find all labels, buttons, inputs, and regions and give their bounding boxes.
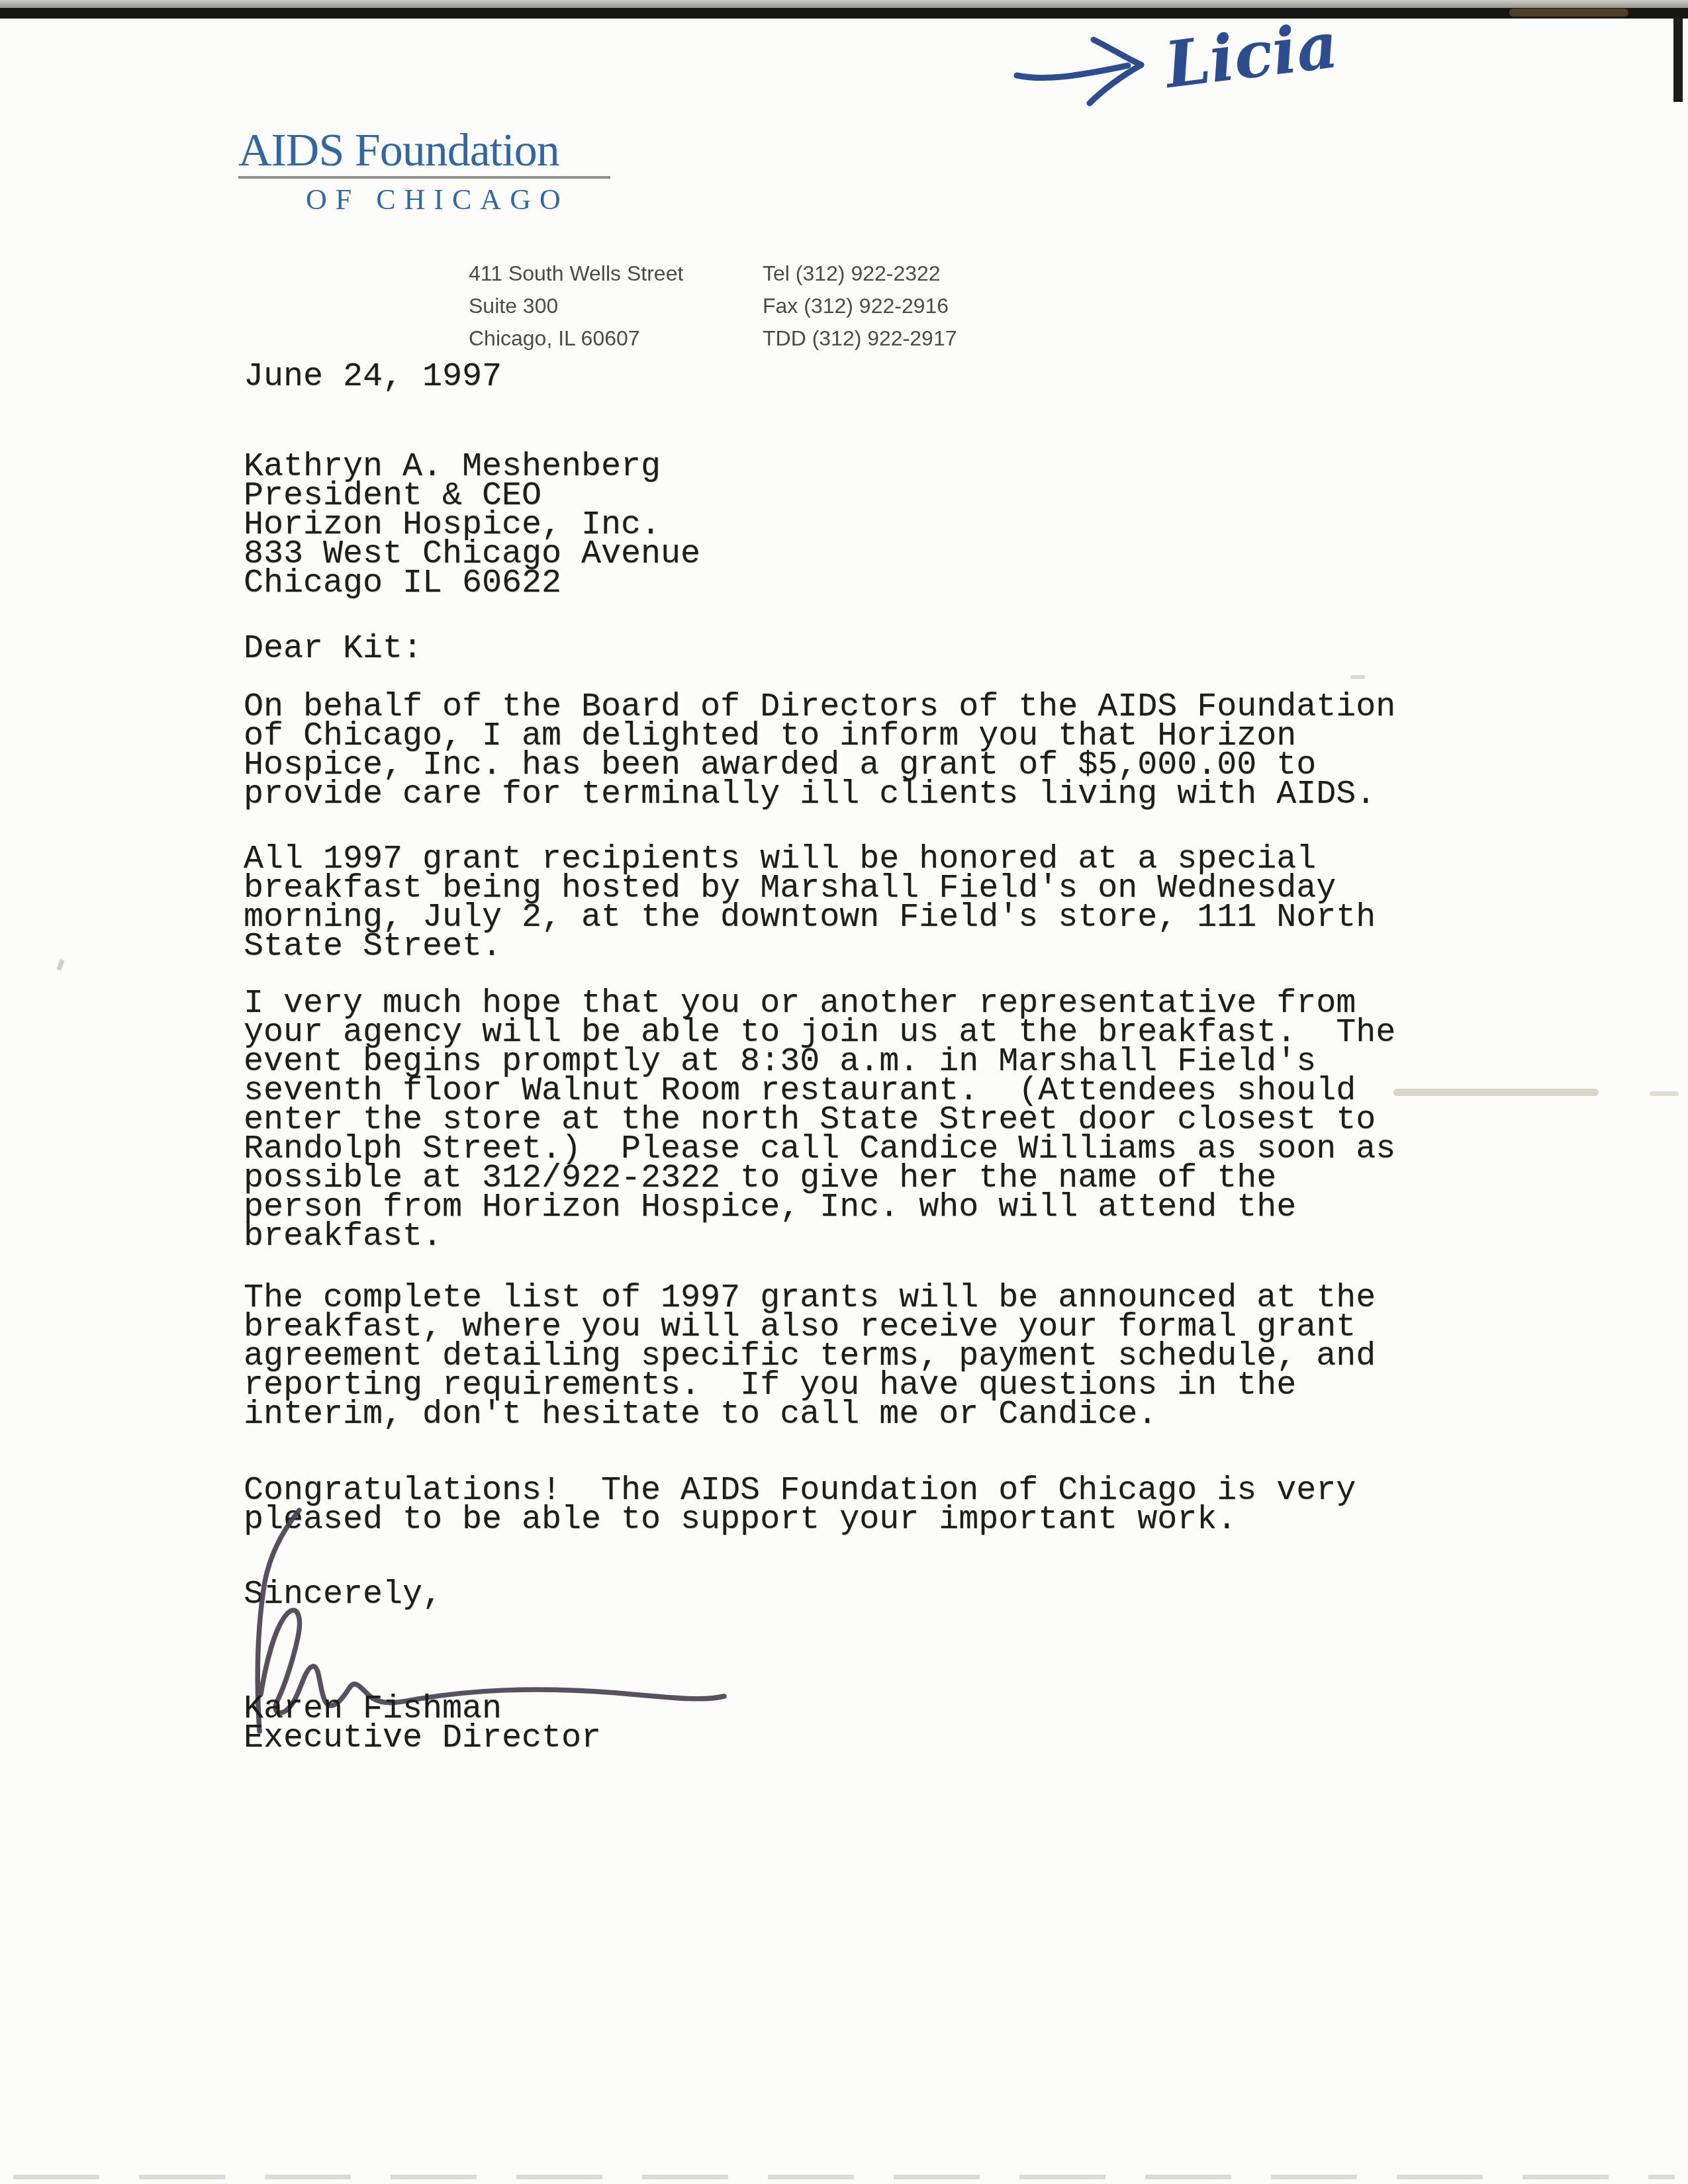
scan-speck	[1350, 675, 1365, 679]
scan-streak-small	[1650, 1091, 1679, 1096]
scanned-letter-page: Licia AIDS Foundation OF CHICAGO 411 Sou…	[0, 0, 1688, 2184]
org-logo-location: OF CHICAGO	[306, 185, 569, 214]
note-text: Licia	[1159, 7, 1342, 103]
body-paragraph-2: All 1997 grant recipients will be honore…	[244, 845, 1376, 962]
scan-corner-mark	[1673, 17, 1683, 102]
letterhead-address: 411 South Wells Street Suite 300 Chicago…	[469, 257, 683, 355]
handwritten-note: Licia	[993, 7, 1417, 126]
scan-top-black-band	[0, 8, 1688, 19]
salutation: Dear Kit:	[244, 635, 422, 664]
body-paragraph-4: The complete list of 1997 grants will be…	[244, 1284, 1376, 1430]
org-logo: AIDS Foundation	[238, 128, 559, 174]
logo-underline-rule	[238, 176, 610, 179]
signer-title: Executive Director	[244, 1719, 601, 1757]
arrow-right-icon	[1017, 40, 1141, 103]
scan-top-gray-band	[0, 0, 1688, 8]
body-paragraph-1: On behalf of the Board of Directors of t…	[244, 693, 1395, 809]
signer-block: Karen FishmanExecutive Director	[244, 1695, 601, 1753]
scan-streak	[1393, 1089, 1599, 1096]
body-paragraph-3: I very much hope that you or another rep…	[244, 989, 1395, 1251]
scan-bottom-edge	[13, 2175, 1675, 2179]
scan-speck	[56, 959, 64, 970]
letterhead-phones: Tel (312) 922-2322 Fax (312) 922-2916 TD…	[763, 257, 957, 355]
scan-top-smudge	[1509, 9, 1628, 17]
recipient-address-block: Kathryn A. Meshenberg President & CEO Ho…	[244, 453, 700, 598]
letter-date: June 24, 1997	[244, 363, 502, 392]
